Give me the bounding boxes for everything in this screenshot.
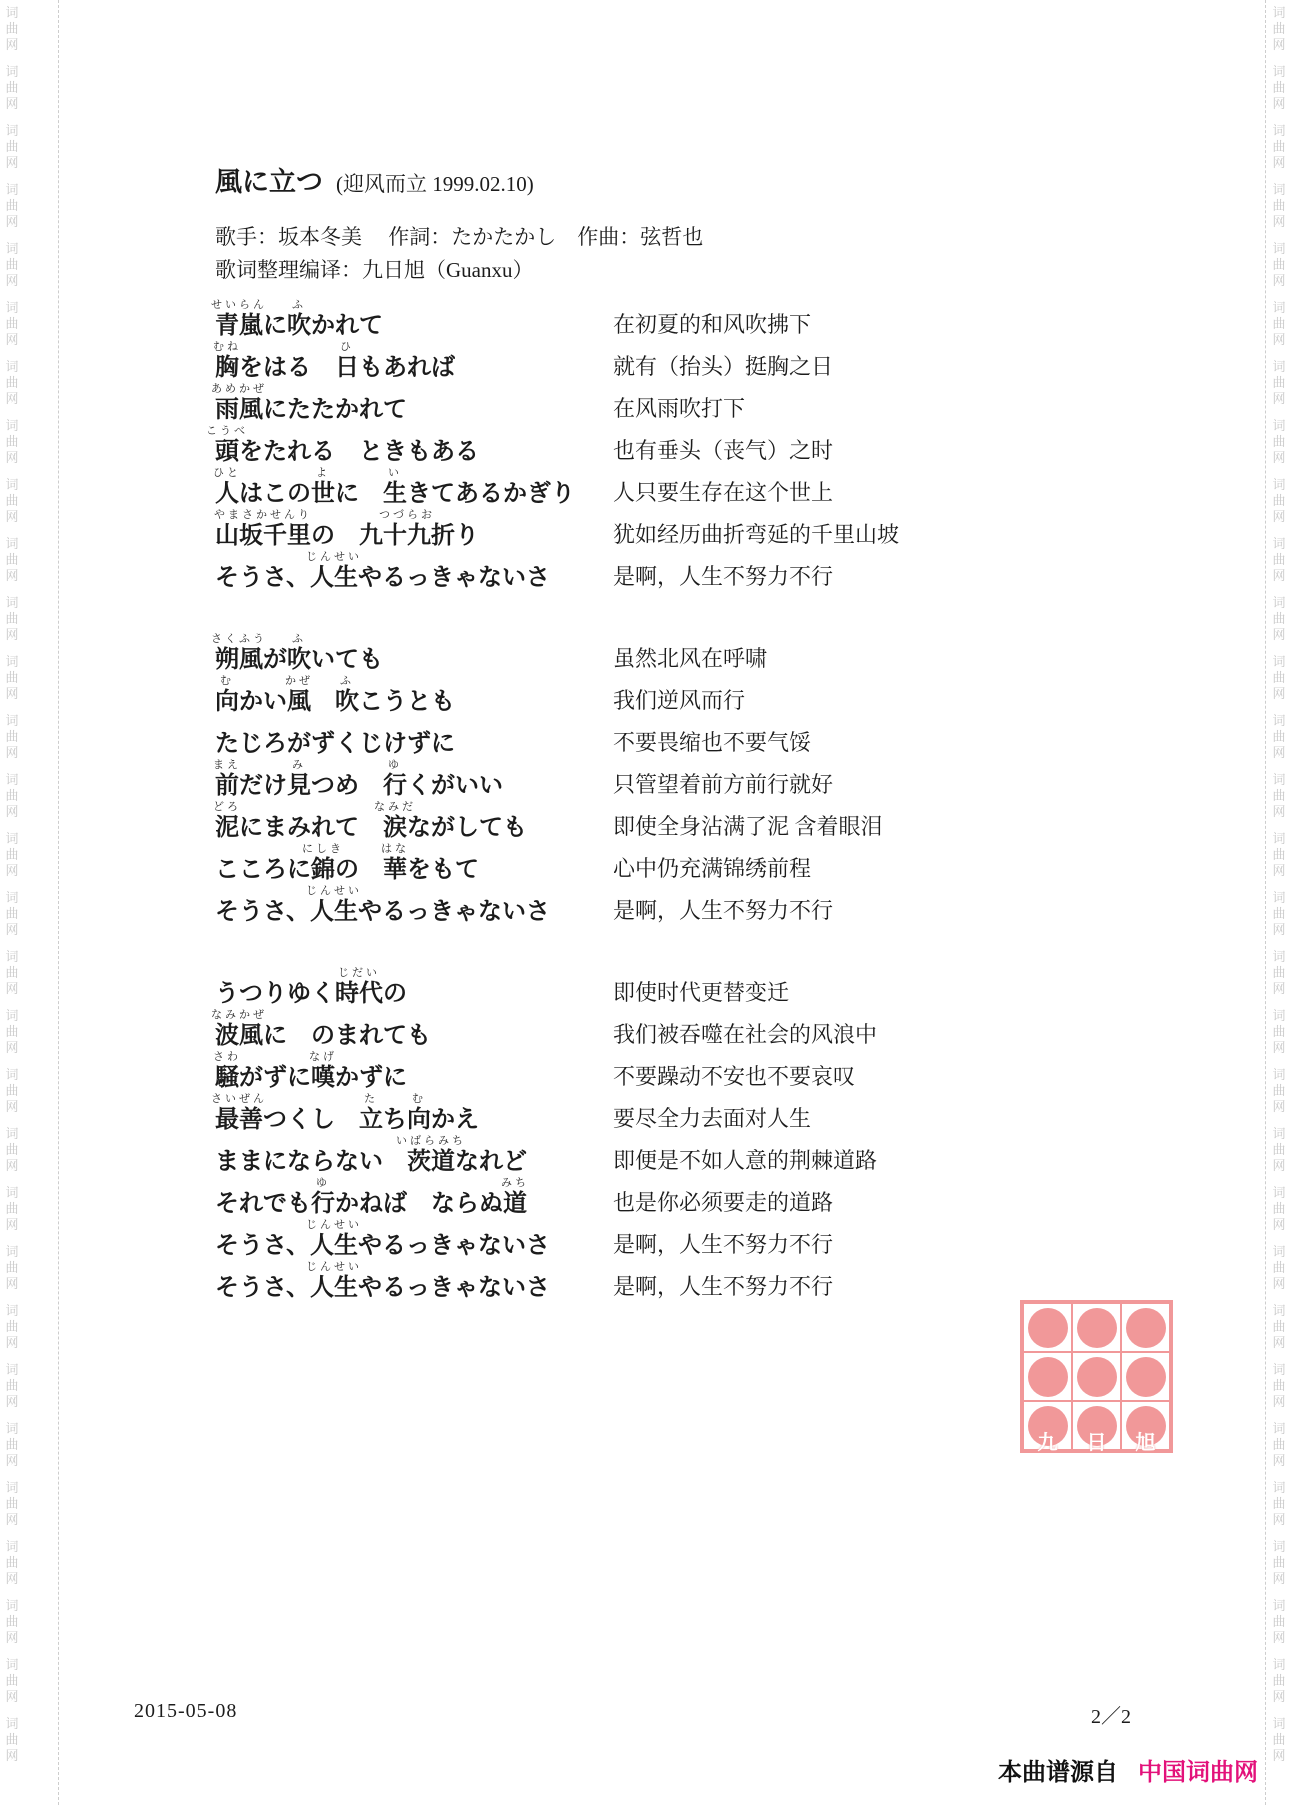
watermark-char: 曲: [3, 788, 21, 804]
logo-grid-cell: [1121, 1303, 1170, 1352]
header: 風に立つ (迎风而立 1999.02.10) 歌手：坂本冬美 作詞：たかたかし …: [215, 160, 703, 287]
watermark-char: 词: [3, 1598, 21, 1614]
jp-text-segment: じんせい人生: [310, 1276, 358, 1300]
jp-text-segment: はこの: [239, 482, 311, 506]
watermark-char: 词: [3, 1067, 21, 1083]
watermark-char: 曲: [1270, 1260, 1288, 1276]
left-watermark-column: 词曲网词曲网词曲网词曲网词曲网词曲网词曲网词曲网词曲网词曲网词曲网词曲网词曲网词…: [3, 5, 21, 1775]
chinese-translation: 心中仍充满锦绣前程: [613, 858, 811, 886]
watermark-char: 词: [3, 241, 21, 257]
chinese-translation: 不要躁动不安也不要哀叹: [613, 1066, 855, 1094]
watermark-char: 网: [3, 981, 21, 997]
watermark-char: 词: [3, 1657, 21, 1673]
chinese-translation: 在初夏的和风吹拂下: [613, 314, 811, 342]
verse: うつりゆくじだい時代の即使时代更替变迁なみかぜ波風に のまれても我们被吞噬在社会…: [215, 968, 1115, 1304]
watermark-char: 网: [3, 450, 21, 466]
watermark-char: 曲: [3, 611, 21, 627]
watermark-char: 网: [1270, 509, 1288, 525]
jp-text-segment: こころに: [215, 858, 311, 882]
lyric-line: それでもゆ行かねば ならぬみち道也是你必须要走的道路: [215, 1178, 1115, 1220]
watermark-char: 网: [3, 863, 21, 879]
watermark-char: 词: [1270, 831, 1288, 847]
jp-text-segment: かえ: [431, 1108, 479, 1132]
logo-grid-cell: [1023, 1352, 1072, 1401]
japanese-lyric: そうさ、じんせい人生やるっきゃないさ: [215, 1276, 613, 1304]
jp-text-segment: ゆ行: [383, 774, 407, 798]
furigana: どろ: [213, 802, 241, 813]
watermark-char: 网: [1270, 1099, 1288, 1115]
jp-text-segment: だけ: [239, 774, 287, 798]
jp-text-segment: をたれる ときもある: [239, 440, 479, 464]
watermark-group: 词曲网: [3, 1716, 21, 1764]
logo-circle: [1028, 1308, 1068, 1348]
watermark-char: 曲: [1270, 493, 1288, 509]
chinese-translation: 在风雨吹打下: [613, 398, 745, 426]
japanese-lyric: さくふう朔風がふ吹いても: [215, 648, 613, 676]
furigana: た: [364, 1094, 378, 1105]
watermark-char: 曲: [3, 670, 21, 686]
watermark-char: 词: [3, 182, 21, 198]
watermark-group: 词曲网: [3, 1008, 21, 1056]
watermark-group: 词曲网: [1270, 182, 1288, 230]
watermark-char: 曲: [1270, 139, 1288, 155]
jp-text-segment: り: [455, 524, 479, 548]
furigana: みち: [501, 1178, 529, 1189]
logo-character: 日: [1087, 1426, 1107, 1455]
jp-text-segment: じんせい人生: [310, 900, 358, 924]
watermark-char: 词: [1270, 949, 1288, 965]
watermark-char: 网: [3, 686, 21, 702]
watermark-char: 网: [1270, 1748, 1288, 1764]
jp-text-segment: そうさ、: [215, 1276, 310, 1300]
chinese-translation: 就有（抬头）挺胸之日: [613, 356, 833, 384]
watermark-group: 词曲网: [1270, 1716, 1288, 1764]
japanese-lyric: まえ前だけみ見つめ ゆ行くがいい: [215, 774, 613, 802]
jp-text-segment: なみかぜ波風: [215, 1024, 263, 1048]
watermark-char: 词: [3, 5, 21, 21]
watermark-group: 词曲网: [1270, 1362, 1288, 1410]
watermark-group: 词曲网: [1270, 123, 1288, 171]
lyric-line: そうさ、じんせい人生やるっきゃないさ是啊，人生不努力不行: [215, 1220, 1115, 1262]
furigana: ゆ: [388, 760, 402, 771]
watermark-char: 曲: [1270, 1437, 1288, 1453]
watermark-char: 词: [1270, 64, 1288, 80]
watermark-group: 词曲网: [3, 536, 21, 584]
jp-text-segment: かい: [239, 690, 287, 714]
watermark-group: 词曲网: [3, 1303, 21, 1351]
watermark-char: 网: [3, 1217, 21, 1233]
chinese-translation: 即使时代更替变迁: [613, 982, 789, 1010]
watermark-group: 词曲网: [1270, 772, 1288, 820]
jp-text-segment: くがいい: [407, 774, 503, 798]
watermark-char: 词: [1270, 1598, 1288, 1614]
credits-translator-line: 歌词整理编译：九日旭（Guanxu）: [215, 254, 703, 287]
logo-circle: [1126, 1308, 1166, 1348]
watermark-group: 词曲网: [1270, 241, 1288, 289]
watermark-char: 词: [3, 418, 21, 434]
watermark-char: 曲: [1270, 198, 1288, 214]
watermark-group: 词曲网: [3, 1539, 21, 1587]
japanese-lyric: うつりゆくじだい時代の: [215, 982, 613, 1010]
logo-grid-cell: 旭: [1121, 1401, 1170, 1450]
jp-text-segment: ひ日: [335, 356, 359, 380]
japanese-lyric: どろ泥にまみれて なみだ涙ながしても: [215, 816, 613, 844]
japanese-lyric: なみかぜ波風に のまれても: [215, 1024, 613, 1052]
watermark-char: 网: [3, 627, 21, 643]
watermark-char: 网: [3, 745, 21, 761]
furigana: む: [412, 1094, 426, 1105]
watermark-group: 词曲网: [1270, 1421, 1288, 1469]
watermark-char: 词: [1270, 477, 1288, 493]
watermark-char: 网: [1270, 1630, 1288, 1646]
watermark-char: 网: [3, 37, 21, 53]
furigana: あめかぜ: [211, 384, 267, 395]
watermark-char: 词: [3, 359, 21, 375]
watermark-char: 词: [1270, 654, 1288, 670]
watermark-char: 词: [1270, 1657, 1288, 1673]
watermark-group: 词曲网: [3, 595, 21, 643]
lyric-line: そうさ、じんせい人生やるっきゃないさ是啊，人生不努力不行: [215, 552, 1115, 594]
watermark-char: 网: [1270, 922, 1288, 938]
watermark-char: 网: [1270, 273, 1288, 289]
watermark-char: 网: [3, 1040, 21, 1056]
watermark-char: 词: [3, 1716, 21, 1732]
watermark-char: 曲: [3, 965, 21, 981]
watermark-group: 词曲网: [1270, 713, 1288, 761]
watermark-char: 网: [1270, 332, 1288, 348]
jp-text-segment: つめ: [311, 774, 383, 798]
watermark-char: 曲: [3, 21, 21, 37]
chinese-translation: 要尽全力去面对人生: [613, 1108, 811, 1136]
watermark-group: 词曲网: [1270, 1185, 1288, 1233]
japanese-lyric: さいぜん最善つくし た立ちむ向かえ: [215, 1108, 613, 1136]
jp-text-segment: に: [335, 482, 383, 506]
furigana: さくふう: [211, 634, 267, 645]
watermark-char: 曲: [3, 1614, 21, 1630]
watermark-group: 词曲网: [1270, 890, 1288, 938]
chinese-translation: 是啊，人生不努力不行: [613, 900, 833, 928]
watermark-char: 词: [3, 1539, 21, 1555]
jp-text-segment: かねば ならぬ: [335, 1192, 503, 1216]
japanese-lyric: こうべ頭をたれる ときもある: [215, 440, 613, 468]
right-dashed-rule: [1265, 0, 1266, 1805]
jp-text-segment: ふ吹: [287, 314, 311, 338]
logo-circle: [1028, 1357, 1068, 1397]
watermark-char: 网: [1270, 981, 1288, 997]
logo-circle: [1077, 1308, 1117, 1348]
jp-text-segment: にたたかれて: [263, 398, 407, 422]
jp-text-segment: そうさ、: [215, 1234, 310, 1258]
furigana: いばらみち: [396, 1136, 466, 1147]
japanese-lyric: やまさかせんり山坂千里の つづらお九十九折り: [215, 524, 613, 552]
japanese-lyric: さわ騒がずになげ嘆かずに: [215, 1066, 613, 1094]
watermark-char: 曲: [3, 257, 21, 273]
furigana: む: [220, 676, 234, 687]
jp-text-segment: の: [335, 858, 383, 882]
watermark-char: 曲: [3, 375, 21, 391]
japanese-lyric: たじろがずくじけずに: [215, 732, 613, 760]
jp-text-segment: もあれば: [359, 356, 455, 380]
jp-text-segment: はな華: [383, 858, 407, 882]
watermark-char: 曲: [3, 1555, 21, 1571]
watermark-char: 曲: [3, 1378, 21, 1394]
watermark-char: 网: [3, 1571, 21, 1587]
watermark-char: 词: [3, 1421, 21, 1437]
jp-text-segment: そうさ、: [215, 566, 310, 590]
jp-text-segment: じだい時代: [335, 982, 383, 1006]
logo-grid-cell: [1072, 1352, 1121, 1401]
watermark-char: 网: [3, 1689, 21, 1705]
jp-text-segment: をはる: [239, 356, 335, 380]
jp-text-segment: た立: [359, 1108, 383, 1132]
watermark-char: 词: [3, 1126, 21, 1142]
watermark-char: 网: [1270, 686, 1288, 702]
furigana: なげ: [309, 1052, 337, 1063]
watermark-group: 词曲网: [3, 123, 21, 171]
watermark-char: 网: [3, 1099, 21, 1115]
jp-text-segment: なみだ涙: [383, 816, 407, 840]
watermark-char: 曲: [1270, 906, 1288, 922]
watermark-char: 词: [3, 64, 21, 80]
furigana: じんせい: [306, 886, 362, 897]
jp-text-segment: やるっきゃないさ: [358, 566, 550, 590]
watermark-char: 词: [1270, 123, 1288, 139]
furigana: にしき: [302, 844, 344, 855]
jp-text-segment: ち: [383, 1108, 407, 1132]
watermark-char: 网: [3, 1630, 21, 1646]
lyric-line: こうべ頭をたれる ときもある也有垂头（丧气）之时: [215, 426, 1115, 468]
watermark-char: 词: [3, 772, 21, 788]
logo-grid-cell: 日: [1072, 1401, 1121, 1450]
watermark-char: 词: [1270, 772, 1288, 788]
jp-text-segment: よ世: [311, 482, 335, 506]
watermark-char: 网: [1270, 1571, 1288, 1587]
watermark-char: 曲: [1270, 1142, 1288, 1158]
furigana: なみかぜ: [211, 1010, 267, 1021]
furigana: まえ: [213, 760, 241, 771]
watermark-char: 网: [1270, 214, 1288, 230]
watermark-char: 词: [3, 654, 21, 670]
watermark-group: 词曲网: [3, 300, 21, 348]
lyric-line: うつりゆくじだい時代の即使时代更替变迁: [215, 968, 1115, 1010]
watermark-char: 网: [1270, 450, 1288, 466]
watermark-group: 词曲网: [1270, 831, 1288, 879]
watermark-char: 网: [3, 922, 21, 938]
watermark-char: 曲: [1270, 1319, 1288, 1335]
watermark-char: 词: [1270, 1716, 1288, 1732]
watermark-group: 词曲网: [3, 890, 21, 938]
watermark-char: 网: [1270, 1453, 1288, 1469]
watermark-group: 词曲网: [1270, 1244, 1288, 1292]
watermark-char: 词: [1270, 1362, 1288, 1378]
source-prefix: 本曲谱源自: [998, 1759, 1118, 1786]
furigana: じんせい: [306, 552, 362, 563]
watermark-char: 曲: [3, 1024, 21, 1040]
verse: せいらん青嵐にふ吹かれて在初夏的和风吹拂下むね胸をはる ひ日もあれば就有（抬头）…: [215, 300, 1115, 594]
lyric-line: むね胸をはる ひ日もあれば就有（抬头）挺胸之日: [215, 342, 1115, 384]
jp-text-segment: ながしても: [407, 816, 527, 840]
furigana: はな: [381, 844, 409, 855]
left-dashed-rule: [58, 0, 59, 1805]
lyric-line: ままにならない いばらみち茨道なれど即便是不如人意的荆棘道路: [215, 1136, 1115, 1178]
watermark-char: 词: [3, 1244, 21, 1260]
watermark-char: 词: [1270, 300, 1288, 316]
watermark-char: 词: [3, 1480, 21, 1496]
jp-text-segment: にしき錦: [311, 858, 335, 882]
title-annotation: (迎风而立 1999.02.10): [336, 172, 534, 196]
furigana: い: [388, 468, 402, 479]
watermark-char: 网: [3, 1748, 21, 1764]
jp-text-segment: の: [311, 524, 359, 548]
watermark-char: 词: [3, 477, 21, 493]
watermark-group: 词曲网: [3, 477, 21, 525]
furigana: かぜ: [285, 676, 313, 687]
jp-text-segment: いても: [311, 648, 383, 672]
jp-text-segment: さいぜん最善: [215, 1108, 263, 1132]
lyric-line: あめかぜ雨風にたたかれて在风雨吹打下: [215, 384, 1115, 426]
watermark-char: 曲: [3, 434, 21, 450]
jp-text-segment: それでも: [215, 1192, 311, 1216]
jp-text-segment: をもて: [407, 858, 479, 882]
watermark-group: 词曲网: [1270, 949, 1288, 997]
japanese-lyric: あめかぜ雨風にたたかれて: [215, 398, 613, 426]
chinese-translation: 我们逆风而行: [613, 690, 745, 718]
furigana: じんせい: [306, 1220, 362, 1231]
watermark-char: 网: [1270, 1512, 1288, 1528]
watermark-char: 网: [1270, 745, 1288, 761]
watermark-char: 网: [1270, 1335, 1288, 1351]
watermark-group: 词曲网: [3, 831, 21, 879]
watermark-char: 曲: [3, 316, 21, 332]
watermark-char: 曲: [1270, 552, 1288, 568]
watermark-char: 网: [1270, 37, 1288, 53]
right-watermark-column: 词曲网词曲网词曲网词曲网词曲网词曲网词曲网词曲网词曲网词曲网词曲网词曲网词曲网词…: [1270, 5, 1288, 1775]
watermark-group: 词曲网: [1270, 5, 1288, 53]
japanese-lyric: ままにならない いばらみち茨道なれど: [215, 1150, 613, 1178]
watermark-char: 曲: [3, 139, 21, 155]
jp-text-segment: つくし: [263, 1108, 359, 1132]
japanese-lyric: む向かいかぜ風 ふ吹こうとも: [215, 690, 613, 718]
lyric-line: そうさ、じんせい人生やるっきゃないさ是啊，人生不努力不行: [215, 886, 1115, 928]
chinese-translation: 即使全身沾满了泥 含着眼泪: [613, 816, 883, 844]
watermark-group: 词曲网: [3, 1657, 21, 1705]
watermark-char: 词: [1270, 1008, 1288, 1024]
watermark-group: 词曲网: [3, 241, 21, 289]
watermark-char: 词: [1270, 1480, 1288, 1496]
jp-text-segment: やまさかせんり山坂千里: [215, 524, 311, 548]
watermark-char: 曲: [1270, 1024, 1288, 1040]
watermark-char: 网: [3, 273, 21, 289]
watermark-group: 词曲网: [3, 5, 21, 53]
watermark-char: 词: [3, 1008, 21, 1024]
watermark-char: 曲: [3, 552, 21, 568]
watermark-char: 网: [3, 568, 21, 584]
watermark-char: 曲: [3, 1319, 21, 1335]
watermark-group: 词曲网: [3, 713, 21, 761]
watermark-char: 词: [3, 595, 21, 611]
watermark-char: 曲: [1270, 611, 1288, 627]
watermark-char: 曲: [3, 493, 21, 509]
furigana: こうべ: [206, 426, 248, 437]
watermark-group: 词曲网: [3, 182, 21, 230]
source-brand-name: 中国词曲网: [1138, 1759, 1258, 1786]
watermark-char: 曲: [1270, 257, 1288, 273]
footer-date: 2015-05-08: [134, 1700, 237, 1723]
japanese-lyric: そうさ、じんせい人生やるっきゃないさ: [215, 566, 613, 594]
watermark-group: 词曲网: [1270, 1480, 1288, 1528]
watermark-char: 曲: [1270, 375, 1288, 391]
watermark-char: 网: [3, 96, 21, 112]
watermark-char: 词: [1270, 241, 1288, 257]
watermark-char: 曲: [3, 80, 21, 96]
page-number: 2／2: [1091, 1700, 1131, 1729]
jp-text-segment: さくふう朔風: [215, 648, 263, 672]
watermark-char: 曲: [3, 1437, 21, 1453]
watermark-char: 词: [1270, 5, 1288, 21]
watermark-char: 网: [1270, 804, 1288, 820]
jp-text-segment: ふ吹: [335, 690, 359, 714]
watermark-group: 词曲网: [3, 359, 21, 407]
watermark-group: 词曲网: [1270, 359, 1288, 407]
watermark-char: 曲: [1270, 1496, 1288, 1512]
jp-text-segment: の: [383, 982, 407, 1006]
watermark-char: 曲: [1270, 1614, 1288, 1630]
watermark-group: 词曲网: [1270, 418, 1288, 466]
japanese-lyric: せいらん青嵐にふ吹かれて: [215, 314, 613, 342]
jp-text-segment: じんせい人生: [310, 1234, 358, 1258]
jp-text-segment: む向: [215, 690, 239, 714]
watermark-char: 网: [3, 1512, 21, 1528]
watermark-char: 词: [1270, 595, 1288, 611]
watermark-char: 网: [1270, 96, 1288, 112]
watermark-char: 曲: [1270, 788, 1288, 804]
chinese-translation: 只管望着前方前行就好: [613, 774, 833, 802]
watermark-char: 网: [3, 1453, 21, 1469]
watermark-char: 曲: [3, 1083, 21, 1099]
watermark-char: 网: [3, 804, 21, 820]
watermark-char: 词: [3, 123, 21, 139]
watermark-char: 词: [1270, 713, 1288, 729]
watermark-char: 曲: [1270, 729, 1288, 745]
jp-text-segment: こうとも: [359, 690, 455, 714]
lyric-line: さいぜん最善つくし た立ちむ向かえ要尽全力去面对人生: [215, 1094, 1115, 1136]
song-title: 風に立つ: [215, 167, 323, 197]
watermark-char: 词: [3, 713, 21, 729]
watermark-group: 词曲网: [1270, 654, 1288, 702]
watermark-char: 词: [1270, 1539, 1288, 1555]
jp-text-segment: ひと人: [215, 482, 239, 506]
watermark-group: 词曲网: [1270, 1126, 1288, 1174]
watermark-char: 网: [3, 391, 21, 407]
watermark-char: 网: [3, 1276, 21, 1292]
furigana: ゆ: [316, 1178, 330, 1189]
watermark-group: 词曲网: [3, 1421, 21, 1469]
jp-text-segment: が: [263, 648, 287, 672]
watermark-char: 网: [1270, 1689, 1288, 1705]
furigana: ふ: [292, 634, 306, 645]
japanese-lyric: それでもゆ行かねば ならぬみち道: [215, 1192, 613, 1220]
watermark-char: 词: [1270, 418, 1288, 434]
jp-text-segment: あめかぜ雨風: [215, 398, 263, 422]
jp-text-segment: せいらん青嵐: [215, 314, 263, 338]
logo-grid-cell: 九: [1023, 1401, 1072, 1450]
furigana: ふ: [340, 676, 354, 687]
watermark-char: 词: [3, 831, 21, 847]
watermark-char: 曲: [3, 1673, 21, 1689]
jp-text-segment: きてあるかぎり: [407, 482, 575, 506]
furigana: せいらん: [211, 300, 267, 311]
chinese-translation: 是啊，人生不努力不行: [613, 1234, 833, 1262]
